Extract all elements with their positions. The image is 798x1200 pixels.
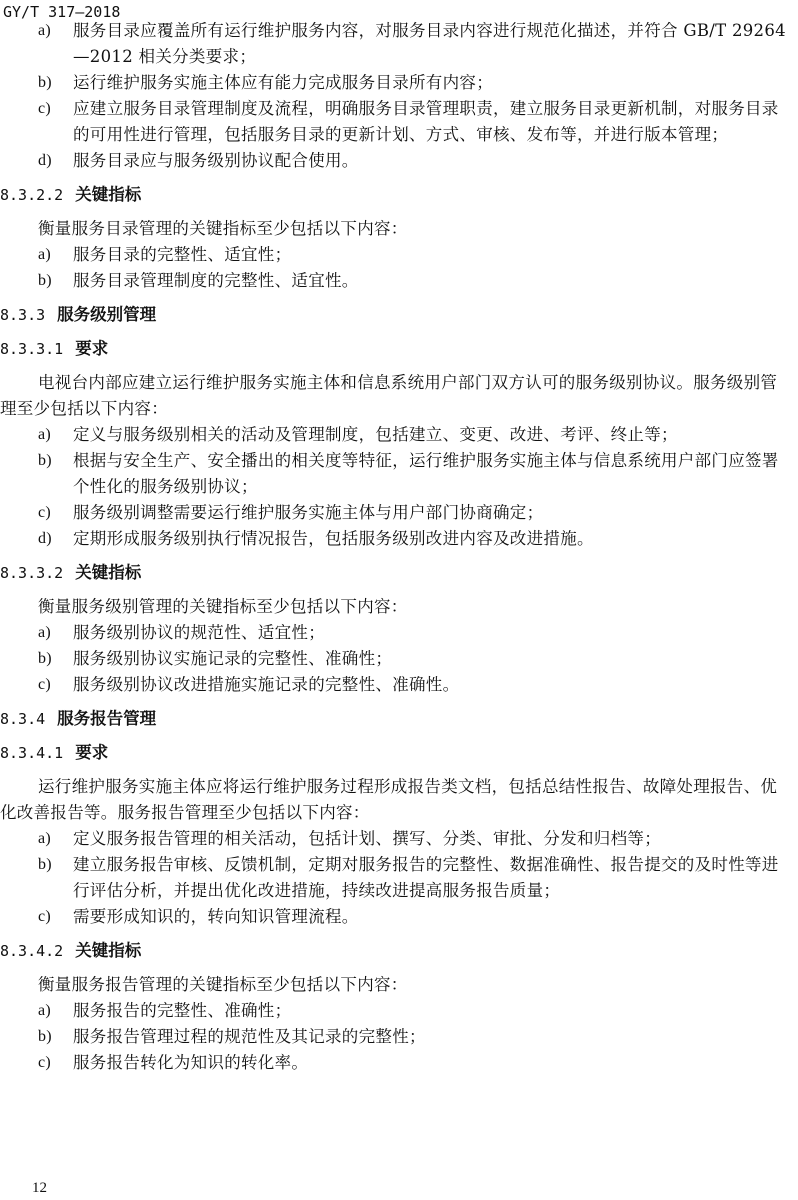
list-marker: d) bbox=[38, 526, 52, 552]
section-title: 关键指标 bbox=[75, 185, 141, 204]
list-marker: b) bbox=[38, 852, 52, 878]
section-title: 关键指标 bbox=[75, 941, 141, 960]
list-item-text: 定期形成服务级别执行情况报告，包括服务级别改进内容及改进措施。 bbox=[73, 529, 594, 548]
list-marker: b) bbox=[38, 448, 52, 474]
list-item-text: 服务级别协议的规范性、适宜性； bbox=[73, 623, 325, 642]
list-item-text: 定义与服务级别相关的活动及管理制度，包括建立、变更、改进、考评、终止等； bbox=[73, 425, 678, 444]
section-number: 8.3.3 bbox=[0, 306, 45, 324]
list-item: a)定义服务报告管理的相关活动，包括计划、撰写、分类、审批、分发和归档等； bbox=[0, 826, 798, 852]
section-number: 8.3.4.2 bbox=[0, 942, 63, 960]
list-item: a)服务级别协议的规范性、适宜性； bbox=[0, 620, 798, 646]
section-heading-8-3-3-1: 8.3.3.1要求 bbox=[0, 336, 798, 362]
list-service-catalog-requirements: a)服务目录应覆盖所有运行维护服务内容，对服务目录内容进行规范化描述，并符合 G… bbox=[0, 18, 798, 174]
list-marker: b) bbox=[38, 646, 52, 672]
list-item: b)建立服务报告审核、反馈机制，定期对服务报告的完整性、数据准确性、报告提交的及… bbox=[0, 852, 798, 904]
list-item: b)根据与安全生产、安全播出的相关度等特征，运行维护服务实施主体与信息系统用户部… bbox=[0, 448, 798, 500]
list-item: a)服务目录应覆盖所有运行维护服务内容，对服务目录内容进行规范化描述，并符合 G… bbox=[0, 18, 798, 70]
list-item-text: 服务目录管理制度的完整性、适宜性。 bbox=[73, 271, 359, 290]
lead-text: 衡量服务级别管理的关键指标至少包括以下内容： bbox=[0, 594, 798, 620]
list-marker: a) bbox=[38, 998, 51, 1024]
list-item-text: 运行维护服务实施主体应有能力完成服务目录所有内容； bbox=[73, 73, 493, 92]
list-marker: c) bbox=[38, 1050, 51, 1076]
section-heading-8-3-4: 8.3.4服务报告管理 bbox=[0, 706, 798, 732]
list-marker: a) bbox=[38, 242, 51, 268]
list-item: d)定期形成服务级别执行情况报告，包括服务级别改进内容及改进措施。 bbox=[0, 526, 798, 552]
list-item-text: 服务级别协议实施记录的完整性、准确性； bbox=[73, 649, 392, 668]
list-marker: b) bbox=[38, 70, 52, 96]
section-heading-8-3-4-1: 8.3.4.1要求 bbox=[0, 740, 798, 766]
list-marker: b) bbox=[38, 268, 52, 294]
section-number: 8.3.4.1 bbox=[0, 744, 63, 762]
list-item-text: 服务报告的完整性、准确性； bbox=[73, 1001, 291, 1020]
list-marker: c) bbox=[38, 500, 51, 526]
paragraph: 电视台内部应建立运行维护服务实施主体和信息系统用户部门双方认可的服务级别协议。服… bbox=[0, 370, 798, 422]
list-item-text: 应建立服务目录管理制度及流程，明确服务目录管理职责，建立服务目录更新机制，对服务… bbox=[73, 99, 779, 144]
list-item: c)服务报告转化为知识的转化率。 bbox=[0, 1050, 798, 1076]
list-item-text: 服务目录应与服务级别协议配合使用。 bbox=[73, 151, 359, 170]
list-marker: a) bbox=[38, 826, 51, 852]
list-item-text: 建立服务报告审核、反馈机制，定期对服务报告的完整性、数据准确性、报告提交的及时性… bbox=[73, 855, 779, 900]
list-marker: c) bbox=[38, 904, 51, 930]
list-item: d)服务目录应与服务级别协议配合使用。 bbox=[0, 148, 798, 174]
section-heading-8-3-4-2: 8.3.4.2关键指标 bbox=[0, 938, 798, 964]
list-item-text: 服务目录应覆盖所有运行维护服务内容，对服务目录内容进行规范化描述，并符合 GB/… bbox=[73, 21, 786, 66]
section-heading-8-3-3: 8.3.3服务级别管理 bbox=[0, 302, 798, 328]
list-item-text: 根据与安全生产、安全播出的相关度等特征，运行维护服务实施主体与信息系统用户部门应… bbox=[73, 451, 779, 496]
list-marker: c) bbox=[38, 96, 51, 122]
lead-text: 衡量服务报告管理的关键指标至少包括以下内容： bbox=[0, 972, 798, 998]
section-title: 要求 bbox=[75, 339, 108, 358]
list-item: b)服务目录管理制度的完整性、适宜性。 bbox=[0, 268, 798, 294]
list-marker: a) bbox=[38, 620, 51, 646]
list-item-text: 服务报告管理过程的规范性及其记录的完整性； bbox=[73, 1027, 426, 1046]
list-item-text: 服务级别协议改进措施实施记录的完整性、准确性。 bbox=[73, 675, 459, 694]
section-number: 8.3.4 bbox=[0, 710, 45, 728]
section-heading-8-3-3-2: 8.3.3.2关键指标 bbox=[0, 560, 798, 586]
list-item: a)服务报告的完整性、准确性； bbox=[0, 998, 798, 1024]
list-item: b)服务级别协议实施记录的完整性、准确性； bbox=[0, 646, 798, 672]
list-item: a)服务目录的完整性、适宜性； bbox=[0, 242, 798, 268]
list-item: c)需要形成知识的，转向知识管理流程。 bbox=[0, 904, 798, 930]
section-title: 服务报告管理 bbox=[57, 709, 156, 728]
list-item-text: 定义服务报告管理的相关活动，包括计划、撰写、分类、审批、分发和归档等； bbox=[73, 829, 661, 848]
list-item: a)定义与服务级别相关的活动及管理制度，包括建立、变更、改进、考评、终止等； bbox=[0, 422, 798, 448]
section-title: 要求 bbox=[75, 743, 108, 762]
list-item-text: 需要形成知识的，转向知识管理流程。 bbox=[73, 907, 359, 926]
list-item: b)运行维护服务实施主体应有能力完成服务目录所有内容； bbox=[0, 70, 798, 96]
list-marker: a) bbox=[38, 18, 51, 44]
list-item: c)服务级别协议改进措施实施记录的完整性、准确性。 bbox=[0, 672, 798, 698]
list-marker: a) bbox=[38, 422, 51, 448]
list-item: c)服务级别调整需要运行维护服务实施主体与用户部门协商确定； bbox=[0, 500, 798, 526]
list-item: b)服务报告管理过程的规范性及其记录的完整性； bbox=[0, 1024, 798, 1050]
list-item-text: 服务目录的完整性、适宜性； bbox=[73, 245, 291, 264]
list-item-text: 服务级别调整需要运行维护服务实施主体与用户部门协商确定； bbox=[73, 503, 543, 522]
section-number: 8.3.2.2 bbox=[0, 186, 63, 204]
list-marker: b) bbox=[38, 1024, 52, 1050]
paragraph: 运行维护服务实施主体应将运行维护服务过程形成报告类文档，包括总结性报告、故障处理… bbox=[0, 774, 798, 826]
lead-text: 衡量服务目录管理的关键指标至少包括以下内容： bbox=[0, 216, 798, 242]
list-item: c)应建立服务目录管理制度及流程，明确服务目录管理职责，建立服务目录更新机制，对… bbox=[0, 96, 798, 148]
list-item-text: 服务报告转化为知识的转化率。 bbox=[73, 1053, 308, 1072]
list-marker: d) bbox=[38, 148, 52, 174]
section-number: 8.3.3.1 bbox=[0, 340, 63, 358]
list-marker: c) bbox=[38, 672, 51, 698]
section-title: 关键指标 bbox=[75, 563, 141, 582]
section-heading-8-3-2-2: 8.3.2.2关键指标 bbox=[0, 182, 798, 208]
page-number: 12 bbox=[32, 1180, 47, 1197]
section-title: 服务级别管理 bbox=[57, 305, 156, 324]
document-body: a)服务目录应覆盖所有运行维护服务内容，对服务目录内容进行规范化描述，并符合 G… bbox=[0, 18, 798, 1076]
section-number: 8.3.3.2 bbox=[0, 564, 63, 582]
